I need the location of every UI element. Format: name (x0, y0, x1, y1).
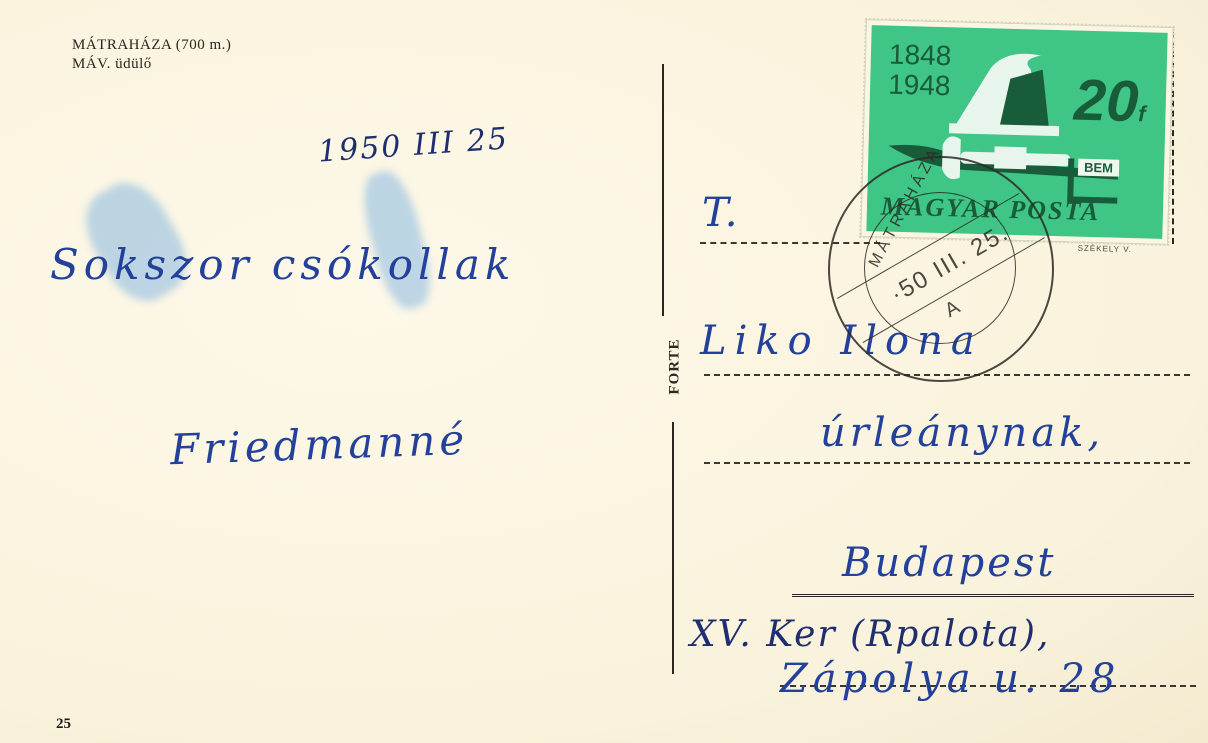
stamp-value: 20f (1073, 66, 1147, 135)
page-number: 25 (56, 716, 71, 733)
location-subtitle: MÁV. üdülő (72, 55, 231, 74)
stamp-year-bottom: 1948 (888, 70, 951, 102)
publisher-mark: FORTE (667, 332, 684, 402)
stamp-year-top: 1848 (889, 40, 952, 72)
stamp-designer: SZÉKELY V. (1078, 244, 1133, 254)
address-district: XV. Ker (Rpalota), (690, 614, 1050, 655)
center-divider-bottom (672, 422, 674, 674)
address-rule-3 (704, 462, 1190, 464)
address-city: Budapest (842, 540, 1057, 586)
address-rule-4 (792, 594, 1194, 597)
postcard-back: MÁTRAHÁZA (700 m.) MÁV. üdülő 25 FORTE 1… (0, 0, 1208, 743)
handwritten-signature: Friedmanné (169, 415, 469, 474)
address-salutation: úrleánynak, (820, 410, 1104, 456)
address-street: Zápolya u. 28 (780, 656, 1120, 702)
stamp-years: 1848 1948 (888, 40, 952, 102)
stamp-emblem-label: BEM (1078, 159, 1119, 177)
location-title: MÁTRAHÁZA (700 m.) (72, 36, 231, 55)
stamp-value-number: 20 (1073, 67, 1139, 134)
center-divider-top (662, 64, 664, 316)
card-header: MÁTRAHÁZA (700 m.) MÁV. üdülő (72, 36, 231, 74)
handwritten-date: 1950 III 25 (317, 121, 510, 169)
stamp-box-outline (1172, 32, 1174, 244)
postmark-cancellation: MÁTRAHÁZA ·50 III. 25. A (828, 156, 1054, 382)
handwritten-greeting: Sokszor csókollak (50, 240, 515, 289)
stamp-currency: f (1138, 101, 1146, 126)
address-title: T. (702, 190, 740, 236)
